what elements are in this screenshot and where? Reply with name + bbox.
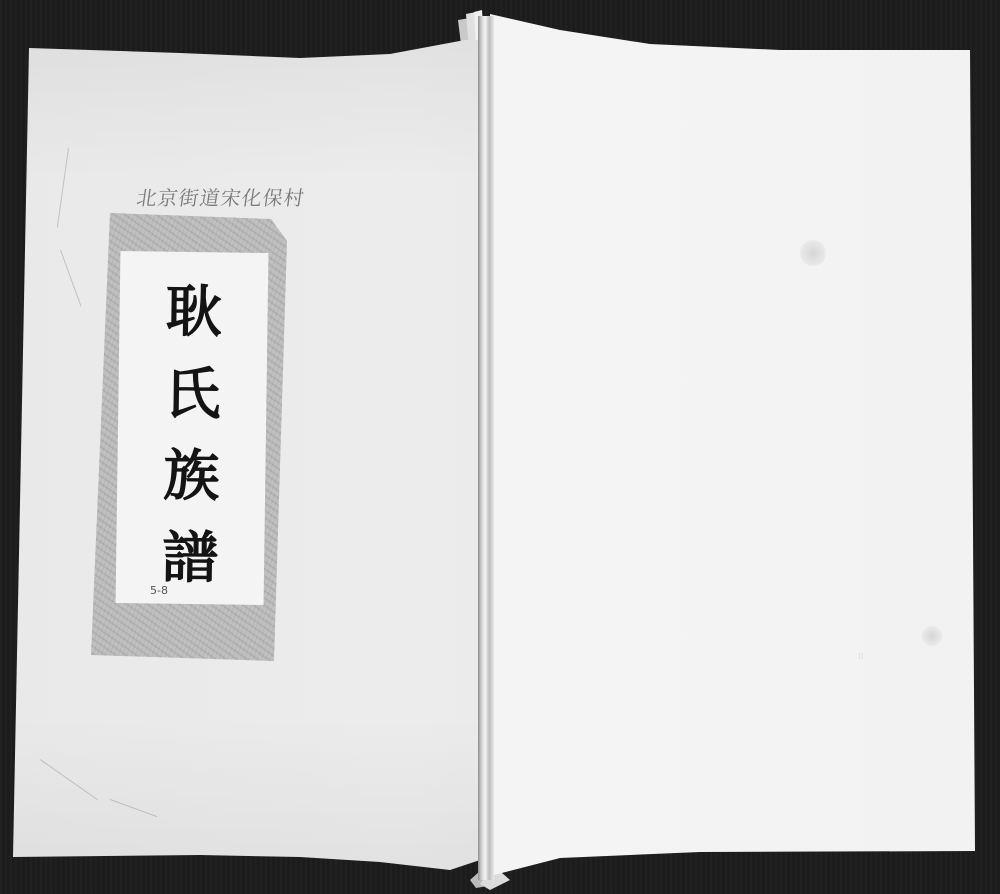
catalog-number: 5-8 (150, 584, 168, 597)
book-spine (478, 16, 494, 880)
cover-scuff (40, 759, 98, 800)
page-stain (922, 626, 942, 646)
title-char-1: 耿 (119, 267, 268, 349)
title-char-2: 氏 (118, 349, 267, 431)
title-label: 耿 氏 族 譜 (116, 251, 269, 605)
cover-scuff (60, 250, 81, 307)
cover-scuff (110, 799, 157, 817)
cover-scuff (57, 148, 69, 227)
title-char-3: 族 (117, 431, 266, 513)
faint-mark: ⁞⁞ (858, 652, 864, 662)
page-stain (800, 240, 826, 266)
handwritten-location-note: 北京街道宋化保村 (135, 182, 307, 211)
title-char-4: 譜 (116, 513, 265, 595)
